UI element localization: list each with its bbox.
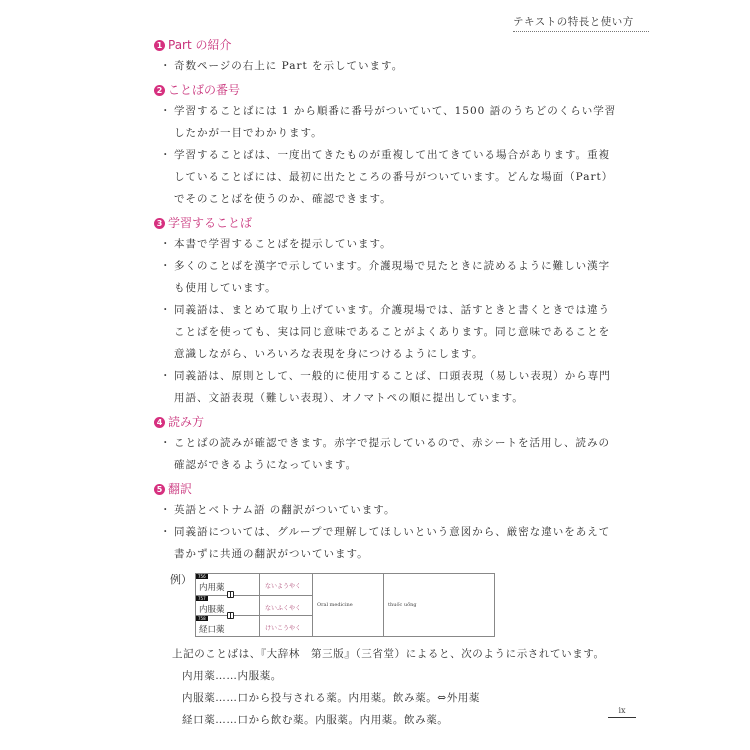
word-column: 756 内用薬 757 内服薬 758 経口薬 xyxy=(196,574,260,636)
bullet-item: 同義語については、グループで理解してほしいという意図から、厳密な違いをあえて書か… xyxy=(160,521,620,565)
section-title: 学習することば xyxy=(168,214,252,233)
section-heading-part-intro: 1 Part の紹介 xyxy=(154,36,620,55)
section-title: Part の紹介 xyxy=(168,36,232,55)
circled-number-icon: 3 xyxy=(154,218,165,229)
bullet-item: 英語とベトナム語 の翻訳がついています。 xyxy=(160,499,620,521)
reading-cell: ないふくやく xyxy=(260,595,312,616)
bullet-item: 多くのことばを漢字で示しています。介護現場で見たときに読めるように難しい漢字も使… xyxy=(160,255,620,299)
section-heading-reading: 4 読み方 xyxy=(154,413,620,432)
section-title: 読み方 xyxy=(168,413,204,432)
bullet-item: ことばの読みが確認できます。赤字で提示しているので、赤シートを活用し、読みの確認… xyxy=(160,432,620,476)
circled-number-icon: 4 xyxy=(154,417,165,428)
bullet-item: 同義語は、原則として、一般的に使用することば、口頭表現（易しい表現）から専門用語… xyxy=(160,365,620,409)
word-text: 経口薬 xyxy=(199,623,225,635)
reading-cell: ないようやく xyxy=(260,574,312,595)
page-number: ix xyxy=(608,706,636,718)
section-title: 翻訳 xyxy=(168,480,192,499)
word-number-badge: 758 xyxy=(196,616,208,621)
vietnamese-translation-cell: thuốc uống xyxy=(384,574,494,636)
circled-number-icon: 2 xyxy=(154,85,165,96)
bullet-list: 奇数ページの右上に Part を示しています。 xyxy=(160,55,620,77)
bullet-item: 奇数ページの右上に Part を示しています。 xyxy=(160,55,620,77)
circled-number-icon: 1 xyxy=(154,40,165,51)
reading-text: けいこうやく xyxy=(260,616,312,632)
example-label: 例） xyxy=(170,571,192,587)
section-heading-translation: 5 翻訳 xyxy=(154,480,620,499)
running-header: テキストの特長と使い方 xyxy=(513,14,649,32)
synonym-link-icon xyxy=(227,591,234,598)
bullet-item: 本書で学習することばを提示しています。 xyxy=(160,233,620,255)
english-translation-cell: Oral medicine xyxy=(313,574,384,636)
section-heading-study-words: 3 学習することば xyxy=(154,214,620,233)
section-title: ことばの番号 xyxy=(168,81,240,100)
dictionary-entry: 経口薬……口から飲む薬。内服薬。内用薬。飲み薬。 xyxy=(182,709,620,731)
dictionary-intro: 上記のことばは、『大辞林 第三版』（三省堂）によると、次のように示されています。 xyxy=(172,643,620,665)
bullet-list: ことばの読みが確認できます。赤字で提示しているので、赤シートを活用し、読みの確認… xyxy=(160,432,620,476)
section-heading-word-number: 2 ことばの番号 xyxy=(154,81,620,100)
bullet-item: 学習することばは、一度出てきたものが重複して出てきている場合があります。重複して… xyxy=(160,144,620,210)
word-number-badge: 756 xyxy=(196,574,208,579)
bullet-list: 学習することばには 1 から順番に番号がついていて、1500 語のうちどのくらい… xyxy=(160,100,620,210)
reading-text: ないふくやく xyxy=(260,596,312,612)
example-table: 756 内用薬 757 内服薬 758 経口薬 ないようやく xyxy=(195,573,495,637)
dictionary-entry: 内用薬……内服薬。 xyxy=(182,665,620,687)
reading-cell: けいこうやく xyxy=(260,615,312,636)
word-text: 内服薬 xyxy=(199,603,225,615)
bullet-item: 学習することばには 1 から順番に番号がついていて、1500 語のうちどのくらい… xyxy=(160,100,620,144)
bullet-list: 英語とベトナム語 の翻訳がついています。 同義語については、グループで理解してほ… xyxy=(160,499,620,565)
bullet-item: 同義語は、まとめて取り上げています。介護現場では、話すときと書くときでは違うこと… xyxy=(160,299,620,365)
example-block: 例） 756 内用薬 757 内服薬 758 経口薬 xyxy=(160,569,620,639)
reading-column: ないようやく ないふくやく けいこうやく xyxy=(260,574,313,636)
synonym-link-icon xyxy=(227,612,234,619)
page-content: 1 Part の紹介 奇数ページの右上に Part を示しています。 2 ことば… xyxy=(160,36,620,731)
bullet-list: 本書で学習することばを提示しています。 多くのことばを漢字で示しています。介護現… xyxy=(160,233,620,409)
word-text: 内用薬 xyxy=(199,581,225,593)
circled-number-icon: 5 xyxy=(154,484,165,495)
reading-text: ないようやく xyxy=(260,574,312,590)
dictionary-entry: 内服薬……口から投与される薬。内用薬。飲み薬。⇔外用薬 xyxy=(182,687,620,709)
word-number-badge: 757 xyxy=(196,596,208,601)
